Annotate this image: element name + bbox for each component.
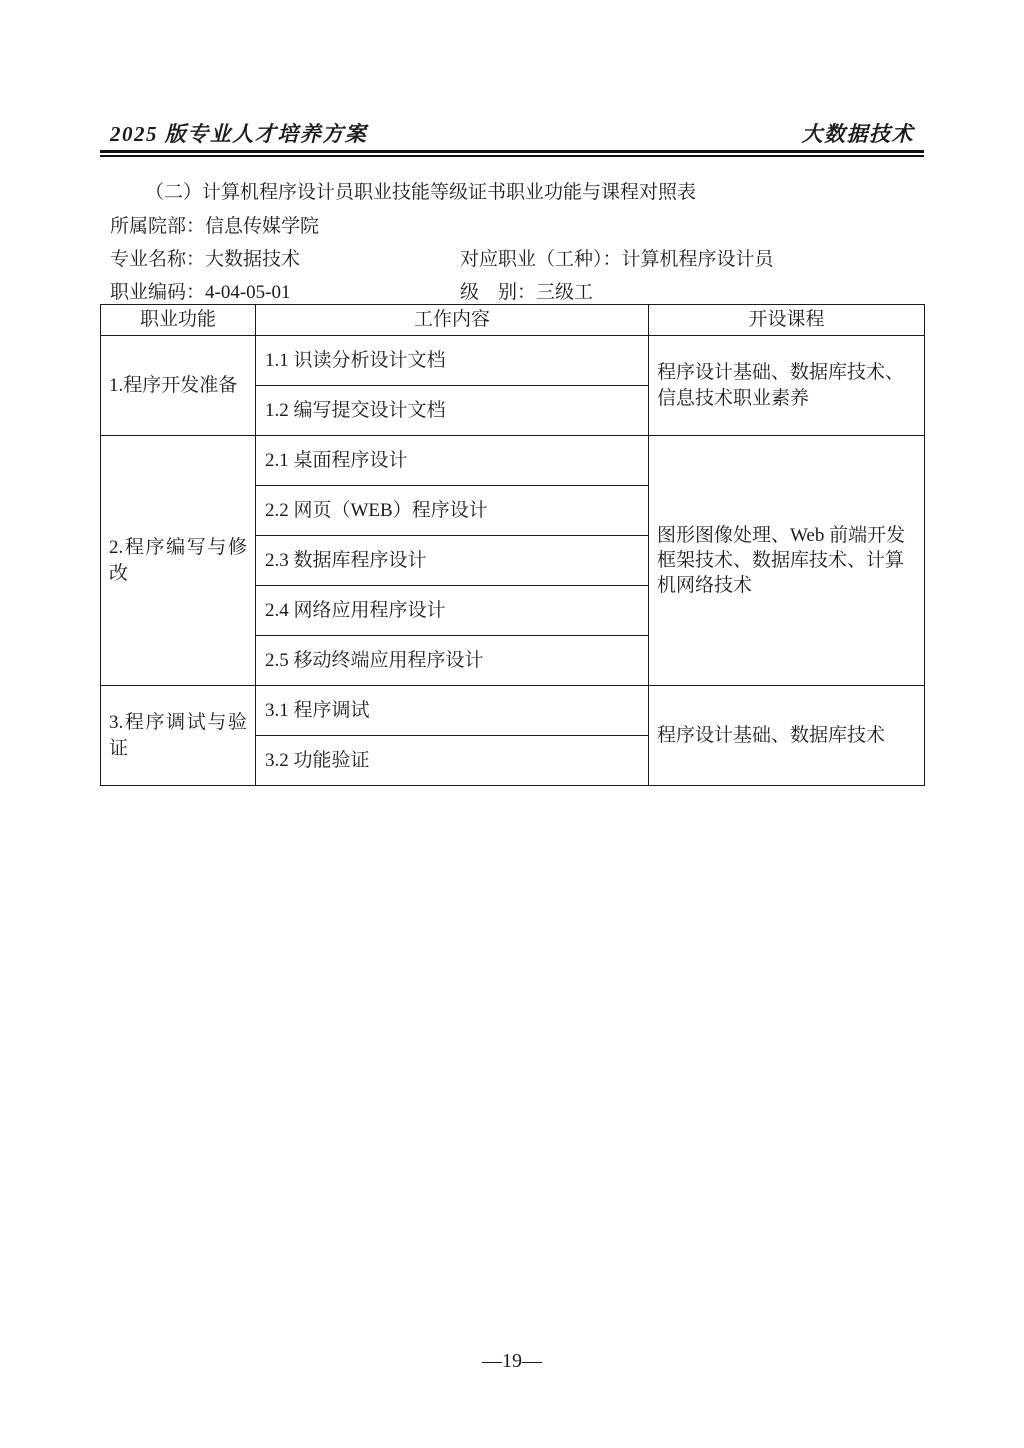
courses-cell-1: 程序设计基础、数据库技术、信息技术职业素养 xyxy=(649,336,925,436)
function-cell-1: 1.程序开发准备 xyxy=(101,336,256,436)
document-page: 2025 版专业人才培养方案 大数据技术 （二）计算机程序设计员职业技能等级证书… xyxy=(0,0,1024,1448)
task-cell-2-5: 2.5 移动终端应用程序设计 xyxy=(256,636,649,686)
page-header: 2025 版专业人才培养方案 大数据技术 xyxy=(110,118,914,148)
function-cell-2: 2.程序编写与修改 xyxy=(101,436,256,686)
task-cell-3-1: 3.1 程序调试 xyxy=(256,686,649,736)
task-cell-2-1: 2.1 桌面程序设计 xyxy=(256,436,649,486)
page-number: —19— xyxy=(0,1350,1024,1373)
header-major-name: 大数据技术 xyxy=(802,118,915,148)
table-row: 2.程序编写与修改 2.1 桌面程序设计 图形图像处理、Web 前端开发框架技术… xyxy=(101,436,925,486)
task-cell-1-2: 1.2 编写提交设计文档 xyxy=(256,386,649,436)
table-row: 1.程序开发准备 1.1 识读分析设计文档 程序设计基础、数据库技术、信息技术职… xyxy=(101,336,925,386)
function-course-table: 职业功能 工作内容 开设课程 1.程序开发准备 1.1 识读分析设计文档 程序设… xyxy=(100,304,925,786)
task-cell-3-2: 3.2 功能验证 xyxy=(256,736,649,786)
table-row: 3.程序调试与验证 3.1 程序调试 程序设计基础、数据库技术 xyxy=(101,686,925,736)
col-header-work-content: 工作内容 xyxy=(256,305,649,336)
info-line-department: 所属院部：信息传媒学院 xyxy=(110,211,924,238)
department-text: 所属院部：信息传媒学院 xyxy=(110,216,319,237)
table-header-row: 职业功能 工作内容 开设课程 xyxy=(101,305,925,336)
task-cell-1-1: 1.1 识读分析设计文档 xyxy=(256,336,649,386)
header-double-rule xyxy=(100,150,924,157)
section-title: （二）计算机程序设计员职业技能等级证书职业功能与课程对照表 xyxy=(145,177,696,204)
task-cell-2-3: 2.3 数据库程序设计 xyxy=(256,536,649,586)
courses-cell-3: 程序设计基础、数据库技术 xyxy=(649,686,925,786)
task-cell-2-2: 2.2 网页（WEB）程序设计 xyxy=(256,486,649,536)
courses-cell-2: 图形图像处理、Web 前端开发框架技术、数据库技术、计算机网络技术 xyxy=(649,436,925,686)
function-cell-3: 3.程序调试与验证 xyxy=(101,686,256,786)
occupation-code-text: 职业编码：4-04-05-01 xyxy=(110,282,290,303)
header-program-title: 2025 版专业人才培养方案 xyxy=(110,118,367,148)
major-text: 专业名称：大数据技术 xyxy=(110,249,300,270)
occupation-text: 对应职业（工种）：计算机程序设计员 xyxy=(460,244,774,271)
col-header-function: 职业功能 xyxy=(101,305,256,336)
col-header-courses: 开设课程 xyxy=(649,305,925,336)
task-cell-2-4: 2.4 网络应用程序设计 xyxy=(256,586,649,636)
info-line-major: 专业名称：大数据技术 对应职业（工种）：计算机程序设计员 xyxy=(110,244,924,271)
info-line-code: 职业编码：4-04-05-01 级 别：三级工 xyxy=(110,277,924,304)
level-text: 级 别：三级工 xyxy=(460,277,593,304)
